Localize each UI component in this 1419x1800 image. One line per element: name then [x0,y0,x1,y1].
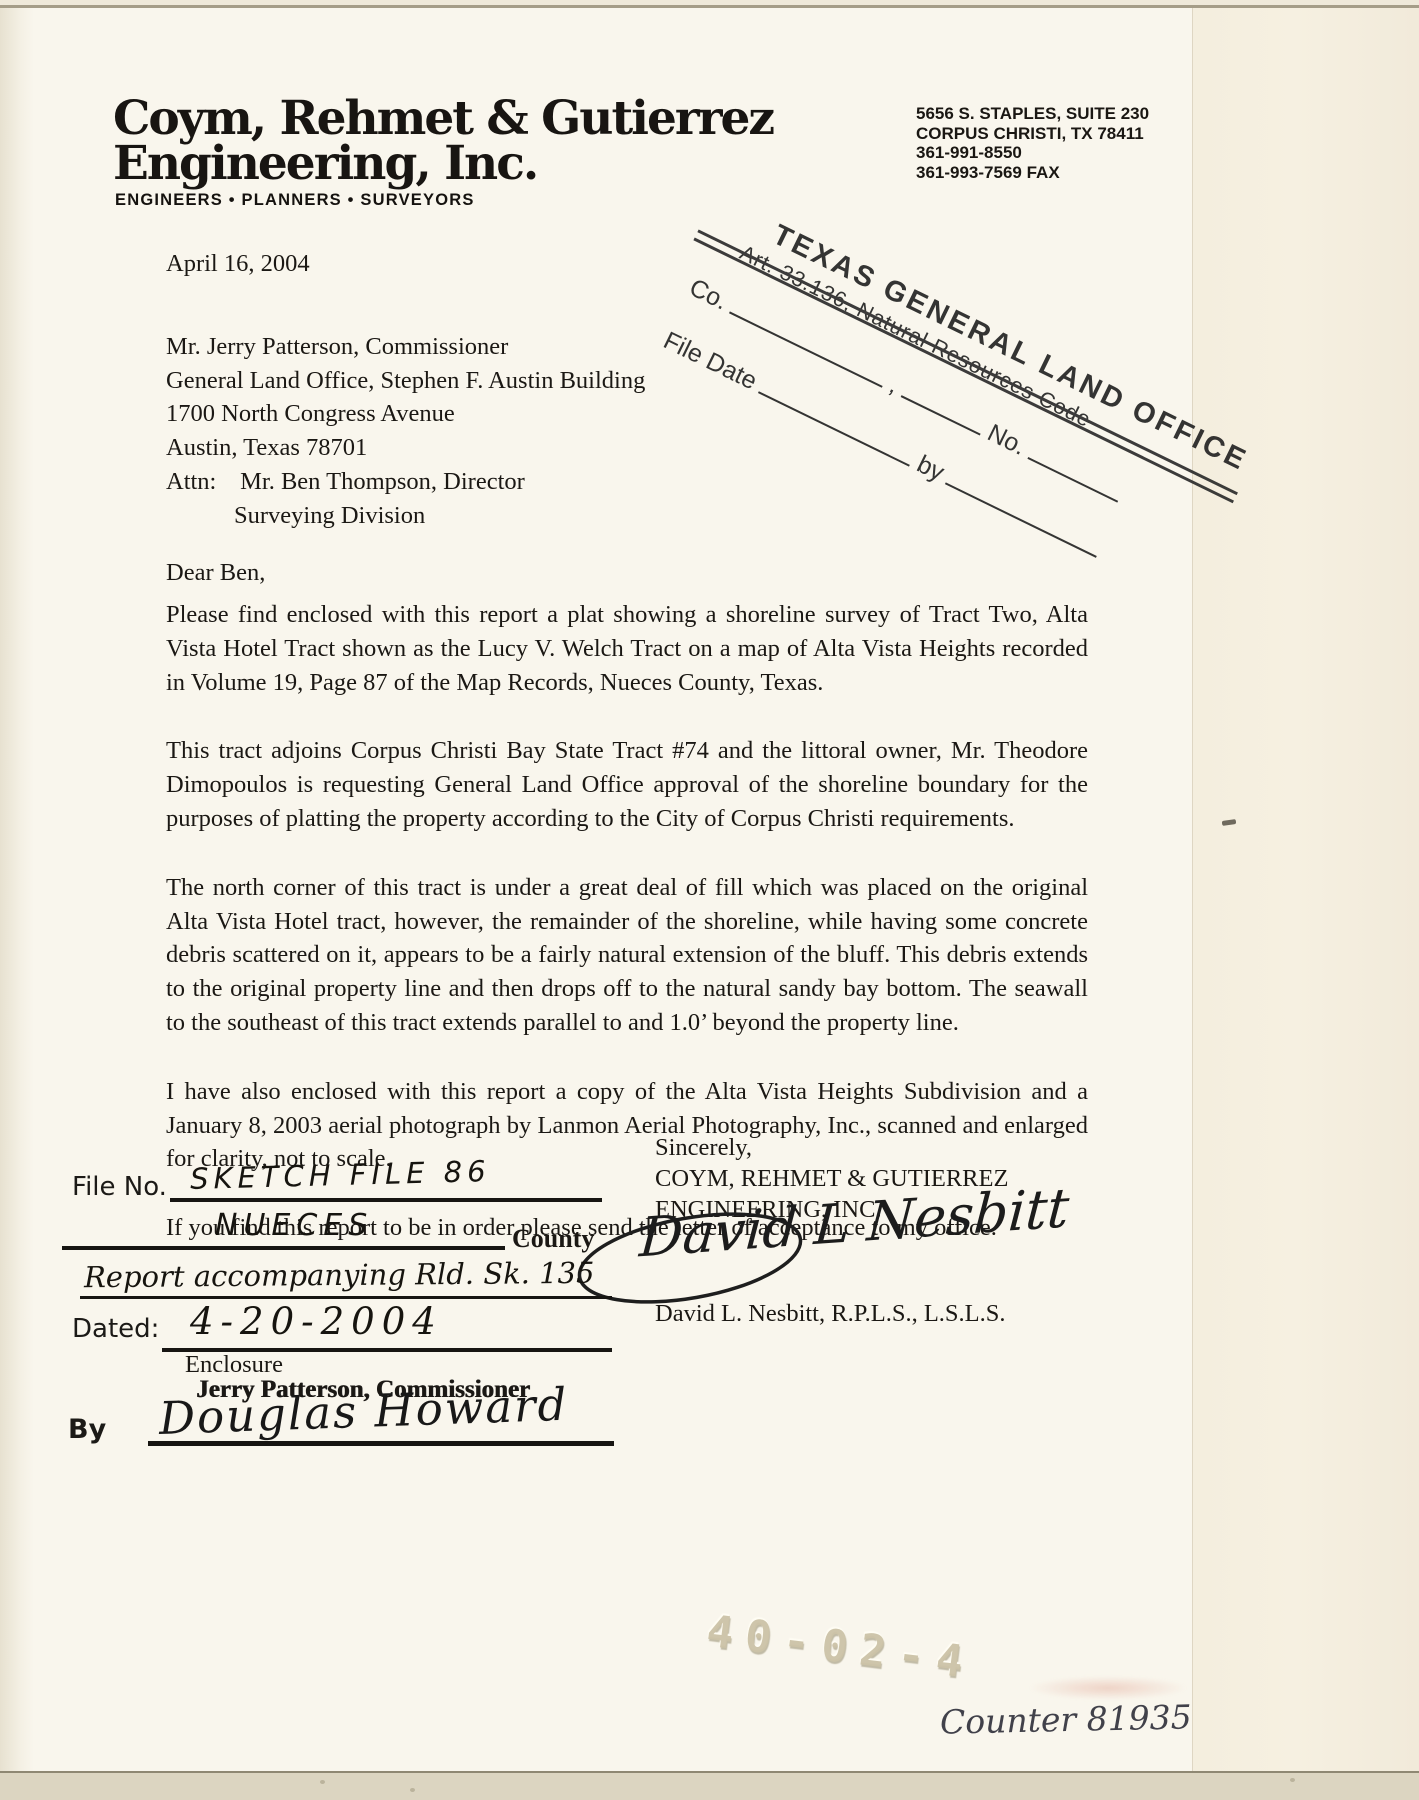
faint-red-smudge [1028,1676,1188,1700]
body-paragraph: This tract adjoins Corpus Christi Bay St… [166,734,1088,835]
attn-name: Mr. Ben Thompson, Director [240,468,525,495]
scan-left-shadow [0,8,34,1772]
county-label: County [512,1224,594,1254]
letterhead-address-line: 5656 S. STAPLES, SUITE 230 [916,104,1149,124]
company-logo-line2: Engineering, Inc. [113,141,537,187]
counter-note: Counter 81935 [940,1697,1192,1741]
report-note: Report accompanying Rld. Sk. 135 [84,1256,595,1294]
stamp-no-label: No. [983,419,1030,461]
enclosure-label: Enclosure [185,1352,283,1378]
salutation: Dear Ben, [166,556,265,590]
filing-underline [62,1246,505,1250]
scan-top-edge [0,0,1419,8]
stamp-co-label: Co. [685,273,732,315]
dated-label: Dated: [72,1314,159,1344]
stamp-blank-line [1027,439,1127,503]
recipient-line: Mr. Jerry Patterson, Commissioner [166,330,645,364]
stamp-strike-line [698,229,1238,494]
scanned-letter-page: Coym, Rehmet & Gutierrez Engineering, In… [0,0,1419,1800]
scan-speck [1290,1778,1295,1782]
glo-receipt-stamp: TEXAS GENERAL LAND OFFICE Art. 33.136, N… [659,196,1275,615]
dated-value: 4-20-2004 [190,1300,443,1343]
filing-underline [170,1198,602,1202]
stamp-filedate-row: File Date by [659,326,1211,615]
stamp-by-label: by [913,450,949,487]
closing-word: Sincerely, [655,1132,1008,1163]
attn-division: Surveying Division [234,499,525,533]
signer-typed-name: David L. Nesbitt, R.P.L.S., L.S.L.S. [655,1297,1006,1331]
recipient-block: Mr. Jerry Patterson, Commissioner Genera… [166,330,645,464]
stamp-blank-line [900,377,989,435]
recipient-line: Austin, Texas 78701 [166,431,645,465]
scan-speck [320,1780,325,1784]
recipient-line: General Land Office, Stephen F. Austin B… [166,364,645,398]
scan-speck [410,1788,415,1792]
stamp-strike-line [694,238,1234,503]
attn-label: Attn: [166,465,234,499]
county-value: NUECES [215,1208,373,1243]
file-no-label: File No. [72,1172,167,1202]
by-label: By [68,1414,106,1445]
letterhead-address-line: 361-991-8550 [916,143,1149,163]
recipient-line: 1700 North Congress Avenue [166,397,645,431]
attn-block: Attn: Mr. Ben Thompson, Director Surveyi… [166,465,525,532]
letterhead-address-line: CORPUS CHRISTI, TX 78411 [916,124,1149,144]
filing-underline [80,1296,612,1299]
body-paragraph: The north corner of this tract is under … [166,871,1088,1040]
letterhead-address-line: 361-993-7569 FAX [916,163,1149,183]
punch-date-perforation: 40-02-4 [704,1606,978,1689]
body-paragraph: Please find enclosed with this report a … [166,598,1088,699]
scan-right-backing [1192,8,1419,1772]
letter-date: April 16, 2004 [166,247,310,281]
filing-underline [148,1441,614,1446]
stamp-filedate-label: File Date [659,326,761,395]
company-tagline: ENGINEERS • PLANNERS • SURVEYORS [115,191,475,210]
letterhead-address: 5656 S. STAPLES, SUITE 230 CORPUS CHRIST… [916,104,1149,182]
scan-bottom-backing [0,1771,1419,1800]
